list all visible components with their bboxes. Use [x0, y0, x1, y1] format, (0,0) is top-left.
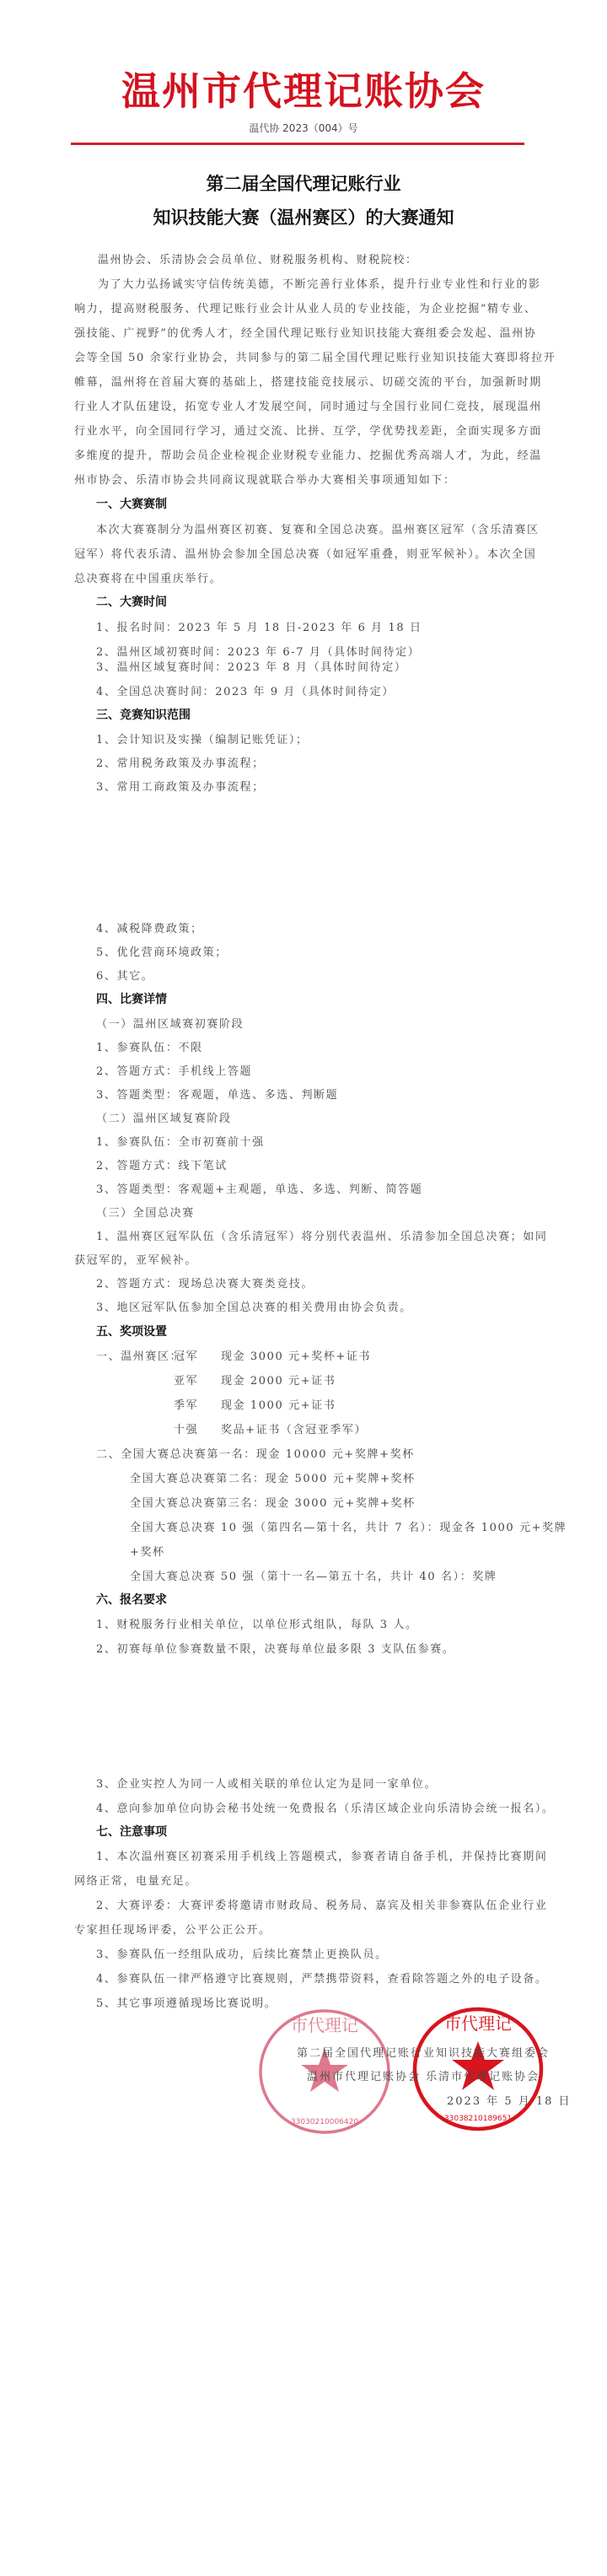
svg-text:市代理记: 市代理记	[291, 2015, 358, 2035]
national-prize-continued: +奖杯	[130, 1543, 165, 1559]
intro-line: 行业人才队伍建设，拓宽专业人才发展空间，同时通过与全国行业同仁竞技，展现温州	[74, 397, 542, 413]
list-item: 3、答题类型：客观题，单选、多选、判断题	[96, 1086, 338, 1102]
signature-date: 2023 年 5 月 18 日	[447, 2092, 572, 2108]
list-item: 5、其它事项遵循现场比赛说明。	[96, 1994, 277, 2010]
list-item: 3、常用工商政策及办事流程；	[96, 778, 265, 794]
prize-detail: 现金 3000 元+奖杯+证书	[221, 1347, 371, 1363]
svg-text:市代理记: 市代理记	[444, 2013, 512, 2034]
intro-line: 帷幕，温州将在首届大赛的基础上，搭建技能竞技展示、切磋交流的平台，加强新时期	[74, 373, 542, 389]
header-red-rule	[71, 143, 524, 145]
document-number: 温代协 2023（004）号	[0, 121, 607, 135]
section-heading-registration: 六、报名要求	[96, 1591, 167, 1608]
intro-line: 响力，提高财税服务、代理记账行业会计从业人员的专业技能，为企业挖掘“精专业、	[74, 299, 536, 315]
list-item: 1、财税服务行业相关单位，以单位形式组队，每队 3 人。	[96, 1615, 418, 1631]
wenzhou-prize-label: 一、温州赛区：	[96, 1347, 182, 1363]
prize-rank: 亚军	[174, 1372, 198, 1388]
list-item: 3、温州区域复赛时间：2023 年 8 月（具体时间待定）	[96, 658, 406, 674]
list-item: 4、参赛队伍一律严格遵守比赛规则，严禁携带资料，查看除答题之外的电子设备。	[96, 1970, 547, 1986]
list-item: 3、地区冠军队伍参加全国总决赛的相关费用由协会负责。	[96, 1298, 412, 1314]
section-heading-notes: 七、注意事项	[96, 1823, 167, 1840]
national-prize: 全国大赛总决赛 10 强（第四名—第十名，共计 7 名）：现金各 1000 元+…	[130, 1518, 567, 1534]
list-item: 1、报名时间：2023 年 5 月 18 日-2023 年 6 月 18 日	[96, 618, 422, 634]
list-item: 2、常用税务政策及办事流程；	[96, 754, 265, 770]
list-item: 5、优化营商环境政策；	[96, 943, 228, 959]
section-heading-format: 一、大赛赛制	[96, 495, 167, 512]
list-item: 4、减税降费政策；	[96, 919, 203, 935]
section-heading-scope: 三、竞赛知识范围	[96, 706, 191, 723]
list-item: 1、本次温州赛区初赛采用手机线上答题模式，参赛者请自备手机，并保持比赛期间	[96, 1847, 547, 1863]
list-item: 2、初赛每单位参赛数量不限，决赛每单位最多限 3 支队伍参赛。	[96, 1640, 454, 1656]
section-heading-time: 二、大赛时间	[96, 593, 167, 610]
national-prize: 二、全国大赛总决赛第一名：现金 10000 元+奖牌+奖杯	[96, 1445, 415, 1461]
subsection-title: （三）全国总决赛	[96, 1204, 195, 1220]
list-item: 2、答题方式：现场总决赛大赛类竞技。	[96, 1275, 314, 1291]
list-item: 1、温州赛区冠军队伍（含乐清冠军）将分别代表温州、乐清参加全国总决赛；如同	[96, 1227, 547, 1243]
list-item: 6、其它。	[96, 967, 153, 983]
section-text: 本次大赛赛制分为温州赛区初赛、复赛和全国总决赛。温州赛区冠军（含乐清赛区	[96, 520, 540, 536]
list-item: 2、温州区域初赛时间：2023 年 6-7 月（具体时间待定）	[96, 643, 420, 659]
national-prize: 全国大赛总决赛 50 强（第十一名—第五十名，共计 40 名）：奖牌	[130, 1567, 497, 1583]
prize-rank: 季军	[174, 1396, 198, 1412]
list-item: 3、参赛队伍一经组队成功，后续比赛禁止更换队员。	[96, 1945, 388, 1961]
list-item: 1、会计知识及实操（编制记账凭证）；	[96, 730, 309, 746]
notice-title-line1: 第二届全国代理记账行业	[0, 170, 607, 196]
prize-rank: 十强	[174, 1420, 198, 1436]
signature-associations: 温州市代理记账协会 乐清市代理记账协会	[307, 2067, 540, 2083]
list-item: 2、大赛评委：大赛评委将邀请市财政局、税务局、嘉宾及相关非参赛队伍企业行业	[96, 1896, 547, 1912]
intro-line: 行业水平，向全国同行学习，通过交流、比拼、互学，学优势找差距，全面实现多方面	[74, 422, 542, 438]
list-item: 1、参赛队伍：全市初赛前十强	[96, 1133, 265, 1149]
notice-title-line2: 知识技能大赛（温州赛区）的大赛通知	[0, 204, 607, 229]
prize-detail: 现金 1000 元+证书	[221, 1396, 336, 1412]
prize-rank: 冠军	[174, 1347, 198, 1363]
intro-line: 为了大力弘扬诚实守信传统美德，不断完善行业体系，提升行业专业性和行业的影	[98, 275, 541, 291]
subsection-title: （二）温州区域复赛阶段	[96, 1109, 232, 1125]
list-item: 3、企业实控人为同一人或相关联的单位认定为是同一家单位。	[96, 1775, 437, 1791]
intro-line: 会等全国 50 余家行业协会，共同参与的第二届全国代理记账行业知识技能大赛即将拉…	[74, 348, 556, 364]
section-heading-awards: 五、奖项设置	[96, 1323, 167, 1339]
intro-line: 强技能、广视野”的优秀人才，经全国代理记账行业知识技能大赛组委会发起、温州协	[74, 324, 536, 340]
list-item: 4、意向参加单位向协会秘书处统一免费报名（乐清区域企业向乐清协会统一报名）。	[96, 1799, 555, 1815]
intro-line: 多维度的提升，帮助会员企业检视企业财税专业能力、挖掘优秀高端人才，为此，经温	[74, 446, 542, 462]
list-item-continued: 专家担任现场评委，公平公正公开。	[74, 1921, 271, 1937]
list-item: 4、全国总决赛时间：2023 年 9 月（具体时间待定）	[96, 682, 395, 698]
national-prize: 全国大赛总决赛第二名：现金 5000 元+奖牌+奖杯	[130, 1469, 416, 1485]
org-title: 温州市代理记账协会	[0, 61, 607, 116]
section-heading-details: 四、比赛详情	[96, 990, 167, 1007]
svg-text:33030210006420: 33030210006420	[291, 2118, 358, 2126]
list-item-continued: 网络正常，电量充足。	[74, 1872, 197, 1888]
national-prize: 全国大赛总决赛第三名：现金 3000 元+奖牌+奖杯	[130, 1494, 416, 1510]
list-item-continued: 获冠军的，亚军候补。	[74, 1251, 197, 1267]
list-item: 2、答题方式：手机线上答题	[96, 1062, 252, 1078]
prize-detail: 现金 2000 元+证书	[221, 1372, 336, 1388]
signature-committee: 第二届全国代理记账行业知识技能大赛组委会	[297, 2044, 550, 2060]
salutation: 温州协会、乐清协会会员单位、财税服务机构、财税院校：	[98, 251, 418, 267]
subsection-title: （一）温州区域赛初赛阶段	[96, 1015, 244, 1031]
list-item: 3、答题类型：客观题+主观题，单选、多选、判断、简答题	[96, 1180, 422, 1196]
list-item: 1、参赛队伍：不限	[96, 1038, 203, 1054]
section-text: 总决赛将在中国重庆举行。	[74, 569, 222, 585]
list-item: 2、答题方式：线下笔试	[96, 1156, 228, 1172]
prize-detail: 奖品+证书（含冠亚季军）	[221, 1420, 367, 1436]
section-text: 冠军）将代表乐清、温州协会参加全国总决赛（如冠军重叠，则亚军候补）。本次全国	[74, 545, 536, 561]
svg-text:33038210189651: 33038210189651	[444, 2115, 512, 2123]
intro-line: 州市协会、乐清市协会共同商议现就联合举办大赛相关事项通知如下：	[74, 471, 456, 487]
